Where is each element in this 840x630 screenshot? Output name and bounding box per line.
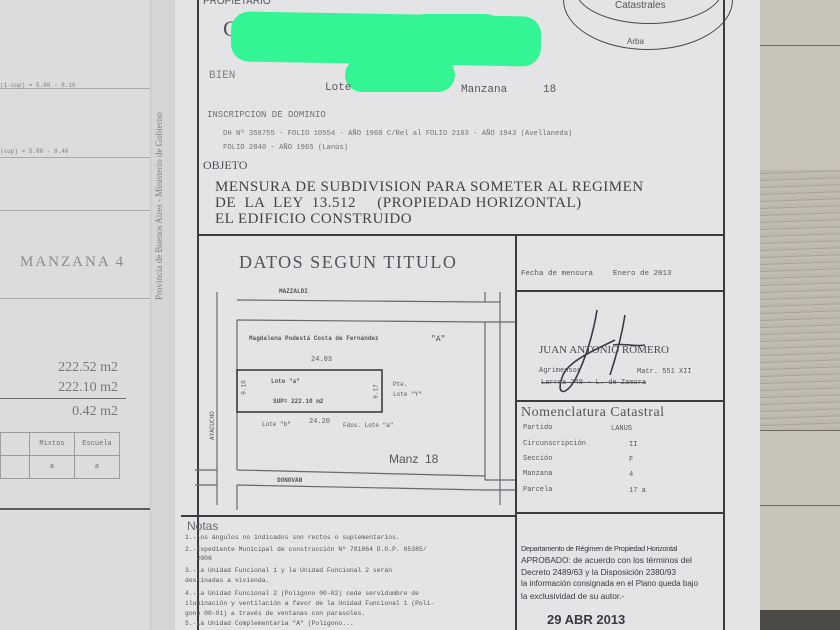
neighbor-mark: "A"	[431, 335, 445, 344]
left-manzana: MANZANA 4	[20, 254, 125, 271]
lote-label: Lote	[325, 82, 351, 94]
fdo-lote-a-label: Fdos. Lote "a"	[343, 422, 393, 429]
nota-line: 4.-La Unidad Funcional 2 (Polígono 00-02…	[185, 590, 419, 597]
main-sheet: PROPIETARIO C Catastrales Arba BIEN Lote…	[175, 0, 760, 630]
nota-line: iluminación y ventilación a favor de la …	[185, 600, 434, 607]
street-bottom: DONOVAN	[277, 477, 302, 484]
left-table-header: Escuela	[75, 433, 120, 456]
stamp-outer-text: Arba	[627, 37, 644, 46]
area-1: 222.52 m2	[30, 360, 118, 376]
aprobado-line: la información consignada en el Plano qu…	[521, 579, 698, 588]
nomenclatura-label: Parcela	[523, 486, 552, 494]
surveyor-matricula: Matr. 551 XII	[637, 368, 692, 376]
manzana-label: Manzana	[461, 84, 507, 96]
dim-bottom: 24.20	[309, 418, 330, 426]
aprobado-line: la exclusividad de su autor.-	[521, 591, 624, 601]
nomenclatura-label: Sección	[523, 455, 552, 463]
datos-title: DATOS SEGUN TITULO	[239, 252, 457, 273]
manzana-value: 18	[543, 84, 556, 96]
dim-right: 9.17	[373, 384, 380, 398]
side-vertical-text: Provincia de Buenos Aires - Ministerio d…	[148, 20, 178, 300]
inscripcion-line1: DH Nº 358755 - FOLIO 10554 - AÑO 1960 C/…	[223, 130, 572, 138]
inscripcion-line2: FOLIO 2840 - AÑO 1965 (Lanús)	[223, 144, 348, 152]
nota-line: gono 00-01) a través de ventanas con par…	[185, 610, 365, 617]
redacted-owner-name-2	[405, 14, 505, 54]
nota-line: 1.-Los ángulos no indicados son rectos o…	[185, 534, 400, 541]
nomenclatura-label: Circunscripción	[523, 440, 586, 448]
left-sheet-line1: (1-sup) = 5.80 - 8.10	[0, 82, 76, 89]
left-table-header: Mixtos	[30, 433, 75, 456]
notas-title: Notas	[187, 519, 218, 533]
dim-top: 24.03	[311, 356, 332, 364]
nota-line: 2006	[185, 555, 212, 562]
left-sheet: (1-sup) = 5.80 - 8.10 (sup) = 5.80 - 8.4…	[0, 0, 175, 630]
neighbor-owner: Magdalena Podestá Costa de Fernández	[249, 335, 379, 342]
objeto-line1: MENSURA DE SUBDIVISION PARA SOMETER AL R…	[215, 179, 644, 196]
nota-line: 3.-La Unidad Funcional 1 y la Unidad Fun…	[185, 567, 392, 574]
inscripcion-label: INSCRIPCION DE DOMINIO	[207, 110, 326, 120]
lote-y-label: Lote "Y"	[393, 391, 422, 398]
plan-drawing	[195, 280, 515, 515]
aprobado-line: Decreto 2489/63 y la Disposición 2380/93	[521, 567, 676, 577]
left-table-cell: a	[30, 456, 75, 479]
objeto-line3: EL EDIFICIO CONSTRUIDO	[215, 211, 412, 228]
left-table-cell	[1, 456, 30, 479]
nomenclatura-value: LANUS	[611, 425, 632, 433]
pte-label: Pte.	[393, 381, 407, 388]
left-table-cell: a	[75, 456, 120, 479]
bien-label: BIEN	[209, 70, 235, 82]
nomenclatura-label: Partido	[523, 424, 552, 432]
objeto-line2: DE LA LEY 13.512 (PROPIEDAD HORIZONTAL)	[215, 195, 582, 212]
nomenclatura-value: 4	[629, 471, 633, 479]
lote-a-label: Lote "a"	[271, 378, 300, 385]
aprobado-line: Departamento de Régimen de Propiedad Hor…	[521, 544, 677, 553]
sup-label: SUP= 222.10 m2	[273, 398, 323, 405]
aprobado-date: 29 ABR 2013	[547, 612, 625, 627]
nomenclatura-label: Manzana	[523, 470, 552, 478]
nota-line: 5.-La Unidad Complementaria "A" (Polígon…	[185, 620, 354, 627]
area-3: 0.42 m2	[30, 404, 118, 420]
nomenclatura-value: F	[629, 456, 633, 464]
left-sheet-line2: (sup) = 5.80 - 8.40	[0, 148, 68, 155]
manz-label: Manz 18	[389, 452, 438, 466]
objeto-label: OBJETO	[203, 158, 247, 173]
nomenclatura-value: II	[629, 441, 637, 449]
street-left: AYACUCHO	[209, 411, 216, 440]
fecha-label: Fecha de mensura	[521, 270, 593, 278]
nomenclatura-value: 17 a	[629, 487, 646, 495]
lote-b-label: Lote "b"	[262, 421, 291, 428]
redacted-lote	[345, 58, 455, 92]
surveyor-name: JUAN ANTONIO ROMERO	[539, 344, 669, 356]
dim-left: 9.16	[241, 380, 248, 394]
surveyor-title: Agrimensor	[539, 367, 581, 375]
left-table-header	[1, 433, 30, 456]
nota-line: destinadas a vivienda.	[185, 577, 269, 584]
street-top: MAZZALDI	[279, 288, 308, 295]
nomenclatura-title: Nomenclatura Catastral	[521, 405, 665, 421]
aprobado-line: APROBADO: de acuerdo con los términos de…	[521, 555, 692, 565]
background-wall	[760, 0, 840, 630]
propietario-label: PROPIETARIO	[203, 0, 271, 7]
fecha-value: Enero de 2013	[613, 270, 672, 278]
stamp-inner-text: Catastrales	[615, 0, 666, 11]
nota-line: 2.-Expediente Municipal de construcción …	[185, 546, 427, 553]
area-2: 222.10 m2	[30, 380, 118, 396]
surveyor-address: Larrea 348 - L. de Zamora	[541, 379, 646, 387]
left-table: Mixtos Escuela a a	[0, 432, 120, 479]
